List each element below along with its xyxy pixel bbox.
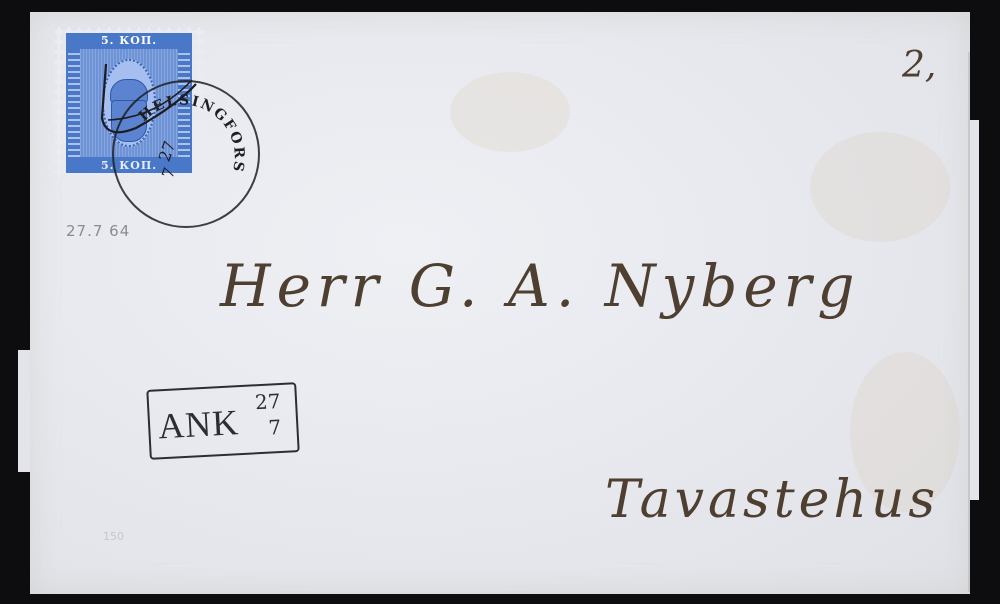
age-stain xyxy=(810,132,950,242)
postmark: HELSINGFORS 27 7 xyxy=(112,80,260,228)
meander-border-left xyxy=(68,49,80,157)
corner-rate-mark: 2, xyxy=(902,45,936,86)
paper-fold xyxy=(968,52,970,592)
postmark-day: 27 xyxy=(155,138,180,164)
arrival-handstamp: ANK 27 7 xyxy=(146,382,299,460)
svg-text:HELSINGFORS: HELSINGFORS xyxy=(136,92,247,174)
postmark-month: 7 xyxy=(158,165,179,181)
arrival-month: 7 xyxy=(268,415,282,440)
stamp-denomination-top: 5. КОП. xyxy=(66,34,192,47)
postmark-town: HELSINGFORS xyxy=(136,92,247,174)
destination-city: Tavastehus xyxy=(605,470,939,530)
postmark-ring-text: HELSINGFORS 27 7 xyxy=(114,82,258,226)
pencil-faint-note: 150 xyxy=(103,530,124,543)
arrival-day: 27 xyxy=(254,389,281,414)
addressee-name: Herr G. A. Nyberg xyxy=(220,252,861,320)
pencil-date-note: 27.7 64 xyxy=(66,222,130,240)
age-stain xyxy=(450,72,570,152)
arrival-label: ANK xyxy=(157,401,240,447)
